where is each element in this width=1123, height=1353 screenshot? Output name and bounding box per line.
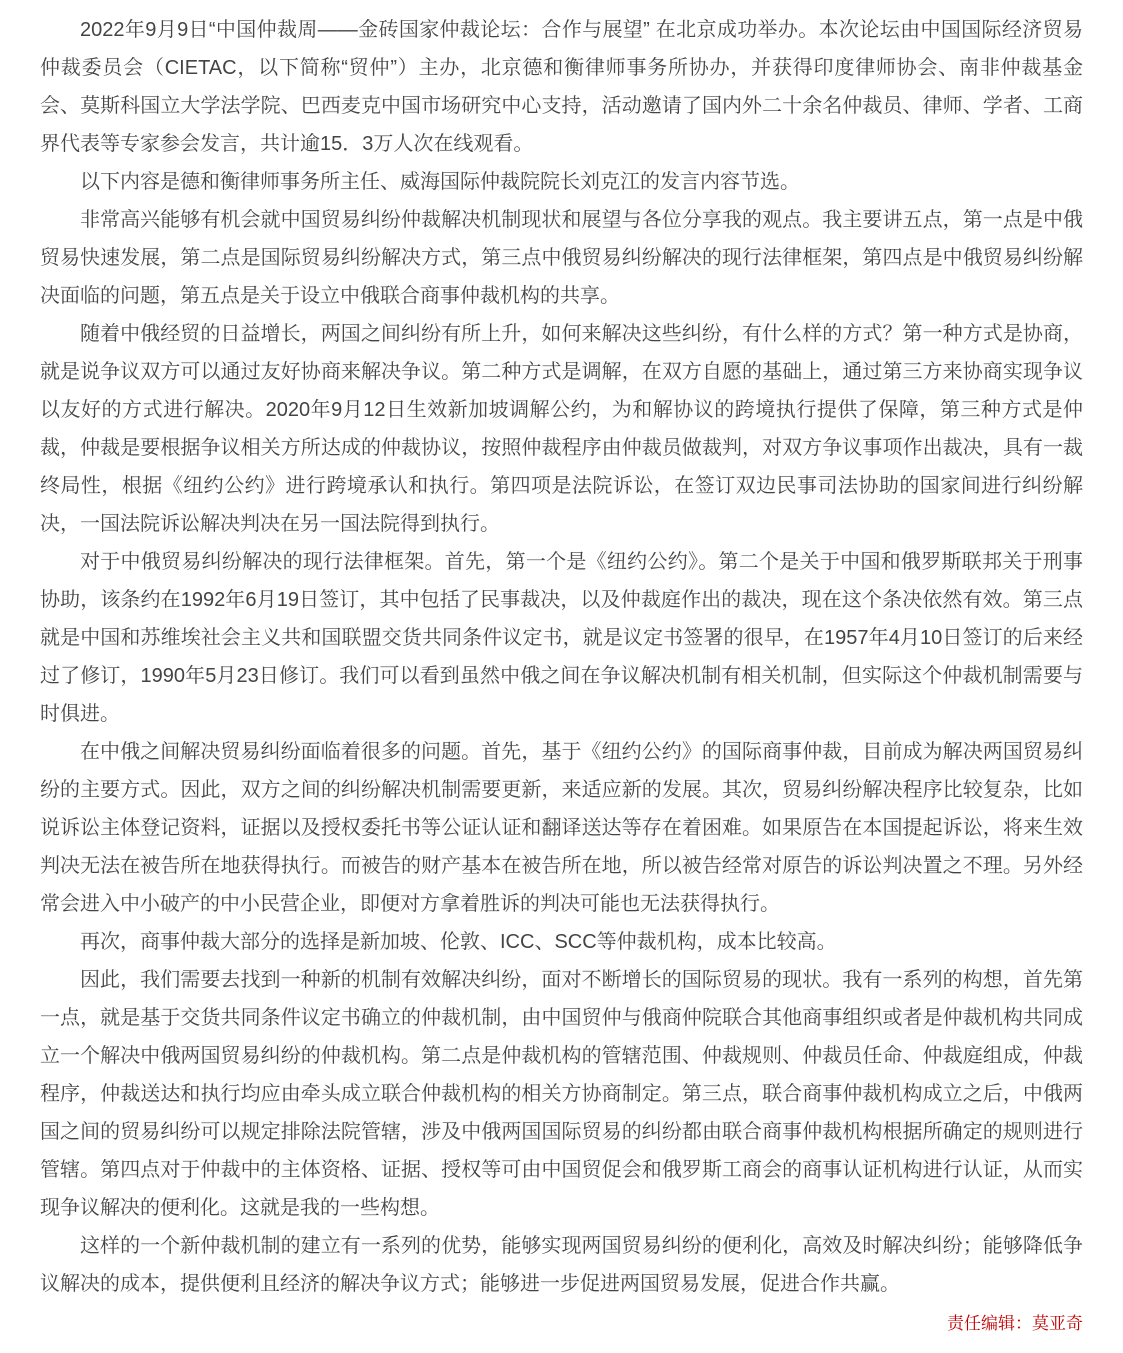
paragraph-dispute-methods: 随着中俄经贸的日益增长，两国之间纠纷有所上升，如何来解决这些纠纷，有什么样的方式… xyxy=(40,315,1083,543)
paragraph-source-note: 以下内容是德和衡律师事务所主任、威海国际仲裁院院长刘克江的发言内容节选。 xyxy=(40,163,1083,201)
paragraph-advantages: 这样的一个新仲裁机制的建立有一系列的优势，能够实现两国贸易纠纷的便利化，高效及时… xyxy=(40,1227,1083,1303)
article-body: 2022年9月9日“中国仲裁周——金砖国家仲裁论坛：合作与展望” 在北京成功举办… xyxy=(40,11,1083,1303)
paragraph-problems: 在中俄之间解决贸易纠纷面临着很多的问题。首先，基于《纽约公约》的国际商事仲裁，目… xyxy=(40,733,1083,923)
paragraph-legal-framework: 对于中俄贸易纠纷解决的现行法律框架。首先，第一个是《纽约公约》。第二个是关于中国… xyxy=(40,543,1083,733)
paragraph-proposal: 因此，我们需要去找到一种新的机制有效解决纠纷，面对不断增长的国际贸易的现状。我有… xyxy=(40,961,1083,1227)
paragraph-intro: 2022年9月9日“中国仲裁周——金砖国家仲裁论坛：合作与展望” 在北京成功举办… xyxy=(40,11,1083,163)
paragraph-arbitration-cost: 再次，商事仲裁大部分的选择是新加坡、伦敦、ICC、SCC等仲裁机构，成本比较高。 xyxy=(40,923,1083,961)
editor-credit: 责任编辑：莫亚奇 xyxy=(40,1305,1083,1343)
paragraph-overview: 非常高兴能够有机会就中国贸易纠纷仲裁解决机制现状和展望与各位分享我的观点。我主要… xyxy=(40,201,1083,315)
article-page: 2022年9月9日“中国仲裁周——金砖国家仲裁论坛：合作与展望” 在北京成功举办… xyxy=(0,0,1123,1353)
